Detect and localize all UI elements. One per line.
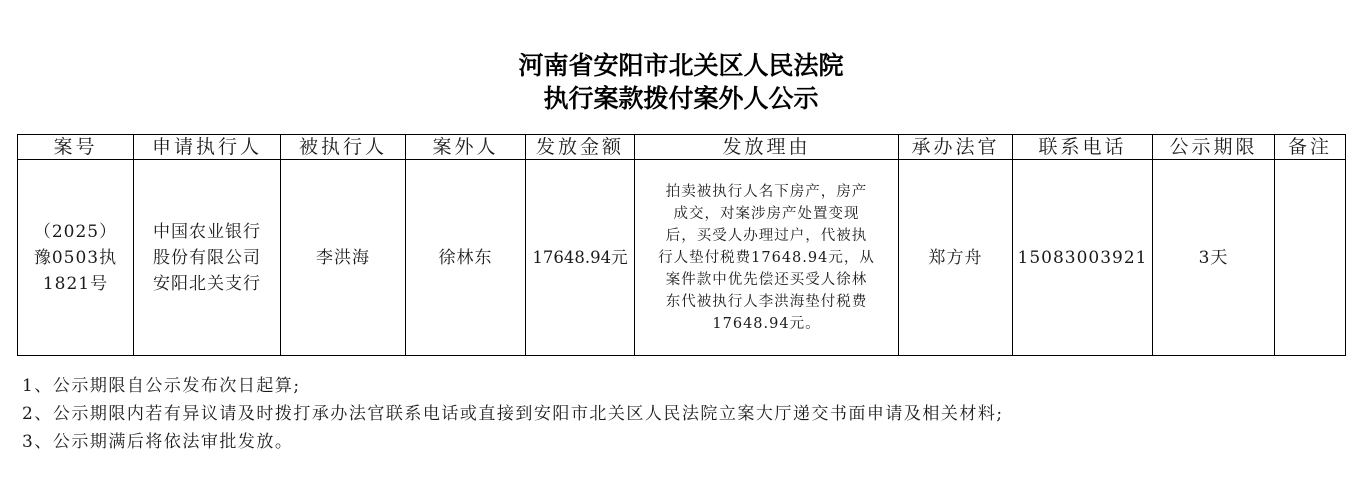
case-number-line: 1821号 (18, 271, 133, 297)
case-number-line: （2025） (18, 219, 133, 245)
header-period: 公示期限 (1153, 135, 1275, 160)
reason-line: 成交，对案涉房产处置变现 (639, 203, 894, 225)
header-applicant: 申请执行人 (134, 135, 281, 160)
case-number-line: 豫0503执 (18, 245, 133, 271)
page-title-notice: 执行案款拨付案外人公示 (0, 83, 1362, 115)
header-amount: 发放金额 (526, 135, 635, 160)
notes-section: 1、公示期限自公示发布次日起算; 2、公示期限内若有异议请及时拨打承办法官联系电… (22, 372, 1004, 456)
cell-case-number: （2025） 豫0503执 1821号 (18, 160, 134, 356)
reason-line: 行人垫付税费17648.94元，从 (639, 247, 894, 269)
applicant-line: 中国农业银行 (134, 219, 280, 245)
page-title-court: 河南省安阳市北关区人民法院 (0, 50, 1362, 82)
applicant-line: 股份有限公司 (134, 245, 280, 271)
note-item: 2、公示期限内若有异议请及时拨打承办法官联系电话或直接到安阳市北关区人民法院立案… (22, 400, 1004, 428)
cell-third-party: 徐林东 (406, 160, 526, 356)
cell-period: 3天 (1153, 160, 1275, 356)
header-judge: 承办法官 (899, 135, 1013, 160)
header-reason: 发放理由 (635, 135, 899, 160)
note-item: 1、公示期限自公示发布次日起算; (22, 372, 1004, 400)
cell-phone: 15083003921 (1013, 160, 1153, 356)
header-case-number: 案号 (18, 135, 134, 160)
cell-remark (1275, 160, 1346, 356)
applicant-line: 安阳北关支行 (134, 271, 280, 297)
header-phone: 联系电话 (1013, 135, 1153, 160)
note-item: 3、公示期满后将依法审批发放。 (22, 428, 1004, 456)
cell-reason: 拍卖被执行人名下房产，房产 成交，对案涉房产处置变现 后，买受人办理过户，代被执… (635, 160, 899, 356)
cell-respondent: 李洪海 (281, 160, 406, 356)
table-row: （2025） 豫0503执 1821号 中国农业银行 股份有限公司 安阳北关支行… (18, 160, 1346, 356)
header-respondent: 被执行人 (281, 135, 406, 160)
disbursement-table: 案号 申请执行人 被执行人 案外人 发放金额 发放理由 承办法官 联系电话 公示… (17, 134, 1346, 356)
reason-line: 案件款中优先偿还买受人徐林 (639, 269, 894, 291)
header-remark: 备注 (1275, 135, 1346, 160)
reason-line: 后，买受人办理过户，代被执 (639, 225, 894, 247)
reason-line: 拍卖被执行人名下房产，房产 (639, 181, 894, 203)
cell-applicant: 中国农业银行 股份有限公司 安阳北关支行 (134, 160, 281, 356)
reason-line: 东代被执行人李洪海垫付税费 (639, 291, 894, 313)
reason-line: 17648.94元。 (639, 313, 894, 335)
header-third-party: 案外人 (406, 135, 526, 160)
table-header-row: 案号 申请执行人 被执行人 案外人 发放金额 发放理由 承办法官 联系电话 公示… (18, 135, 1346, 160)
cell-judge: 郑方舟 (899, 160, 1013, 356)
cell-amount: 17648.94元 (526, 160, 635, 356)
